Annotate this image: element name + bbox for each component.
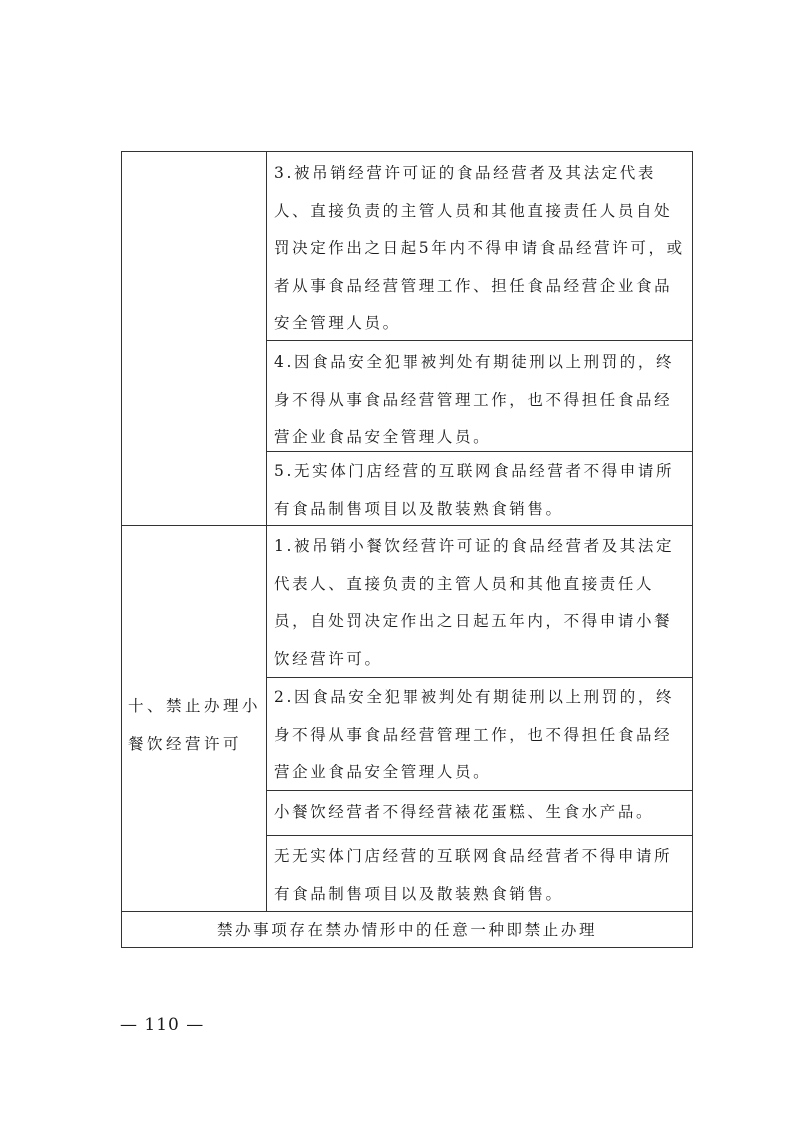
section-label-line: 餐饮经营许可 bbox=[128, 726, 266, 764]
table-footer-note: 禁办事项存在禁办情形中的任意一种即禁止办理 bbox=[122, 912, 692, 948]
table-cell-item-b4: 无无实体门店经营的互联网食品经营者不得申请所有食品制售项目以及散装熟食销售。 bbox=[267, 838, 692, 913]
table-cell-item-4: 4.因食品安全犯罪被判处有期徒刑以上刑罚的，终身不得从事食品经营管理工作，也不得… bbox=[267, 344, 692, 457]
table-cell-item-5: 5.无实体门店经营的互联网食品经营者不得申请所有食品制售项目以及散装熟食销售。 bbox=[267, 453, 692, 528]
cell-text: 3.被吊销经营许可证的食品经营者及其法定代表人、直接负责的主管人员和其他直接责任… bbox=[274, 155, 690, 343]
section-label-line: 十、禁止办理小 bbox=[128, 688, 266, 726]
table-cell-item-3: 3.被吊销经营许可证的食品经营者及其法定代表人、直接负责的主管人员和其他直接责任… bbox=[267, 155, 692, 343]
cell-text: 1.被吊销小餐饮经营许可证的食品经营者及其法定代表人、直接负责的主管人员和其他直… bbox=[274, 528, 690, 678]
prohibition-table: 3.被吊销经营许可证的食品经营者及其法定代表人、直接负责的主管人员和其他直接责任… bbox=[121, 151, 693, 948]
cell-text: 无无实体门店经营的互联网食品经营者不得申请所有食品制售项目以及散装熟食销售。 bbox=[274, 838, 690, 913]
section-label-small-catering: 十、禁止办理小 餐饮经营许可 bbox=[122, 688, 266, 763]
cell-text: 4.因食品安全犯罪被判处有期徒刑以上刑罚的，终身不得从事食品经营管理工作，也不得… bbox=[274, 344, 690, 457]
table-cell-item-b3: 小餐饮经营者不得经营裱花蛋糕、生食水产品。 bbox=[267, 794, 692, 832]
cell-text: 5.无实体门店经营的互联网食品经营者不得申请所有食品制售项目以及散装熟食销售。 bbox=[274, 453, 690, 528]
page-number: — 110 — bbox=[120, 1015, 204, 1035]
cell-text: 小餐饮经营者不得经营裱花蛋糕、生食水产品。 bbox=[274, 794, 690, 832]
cell-text: 2.因食品安全犯罪被判处有期徒刑以上刑罚的，终身不得从事食品经营管理工作，也不得… bbox=[274, 679, 690, 792]
row-divider bbox=[266, 835, 692, 836]
table-cell-item-b1: 1.被吊销小餐饮经营许可证的食品经营者及其法定代表人、直接负责的主管人员和其他直… bbox=[267, 528, 692, 678]
table-cell-item-b2: 2.因食品安全犯罪被判处有期徒刑以上刑罚的，终身不得从事食品经营管理工作，也不得… bbox=[267, 679, 692, 792]
